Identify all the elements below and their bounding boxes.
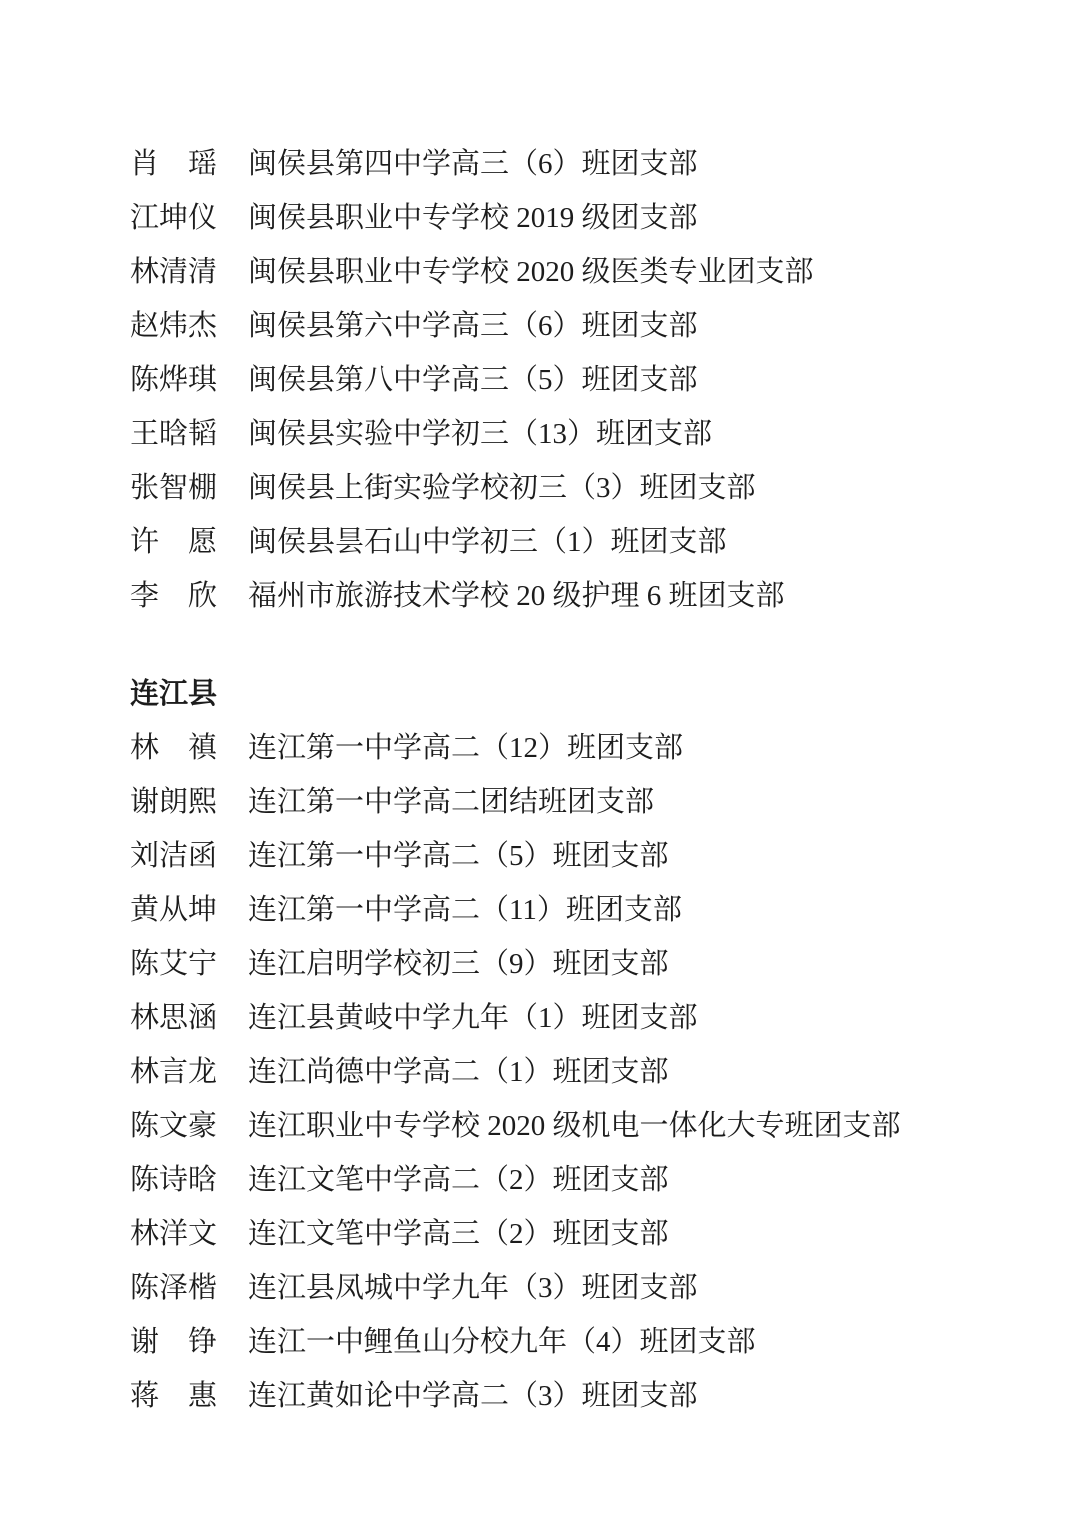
member-name: 张智棚 [130, 474, 218, 503]
member-name: 林清清 [130, 258, 218, 287]
entry-row: 黄从坤连江第一中学高二（11）班团支部 [130, 883, 1020, 937]
branch-affiliation: 闽侯县职业中专学校 2020 级医类专业团支部 [248, 258, 814, 287]
branch-affiliation: 闽侯县昙石山中学初三（1）班团支部 [248, 528, 727, 557]
branch-affiliation: 连江第一中学高二团结班团支部 [248, 788, 654, 817]
entry-row: 林 禛连江第一中学高二（12）班团支部 [130, 721, 1020, 775]
member-name: 林言龙 [130, 1058, 218, 1087]
entry-row: 林洋文连江文笔中学高三（2）班团支部 [130, 1207, 1020, 1261]
member-name: 陈文豪 [130, 1112, 218, 1141]
branch-affiliation: 连江启明学校初三（9）班团支部 [248, 950, 669, 979]
entry-row: 许 愿闽侯县昙石山中学初三（1）班团支部 [130, 515, 1020, 569]
branch-affiliation: 连江县凤城中学九年（3）班团支部 [248, 1274, 698, 1303]
entry-row: 李 欣福州市旅游技术学校 20 级护理 6 班团支部 [130, 569, 1020, 623]
branch-affiliation: 连江第一中学高二（12）班团支部 [248, 734, 683, 763]
member-name: 黄从坤 [130, 896, 218, 925]
member-name: 肖 瑶 [130, 150, 218, 179]
member-name: 林洋文 [130, 1220, 218, 1249]
branch-affiliation: 福州市旅游技术学校 20 级护理 6 班团支部 [248, 582, 785, 611]
member-name: 林思涵 [130, 1004, 218, 1033]
branch-affiliation: 闽侯县第四中学高三（6）班团支部 [248, 150, 698, 179]
entry-row: 林言龙连江尚德中学高二（1）班团支部 [130, 1045, 1020, 1099]
entry-row: 张智棚闽侯县上街实验学校初三（3）班团支部 [130, 461, 1020, 515]
member-name: 谢朗熙 [130, 788, 218, 817]
entry-row: 谢 铮连江一中鲤鱼山分校九年（4）班团支部 [130, 1315, 1020, 1369]
branch-affiliation: 闽侯县第八中学高三（5）班团支部 [248, 366, 698, 395]
entry-row: 陈泽楷连江县凤城中学九年（3）班团支部 [130, 1261, 1020, 1315]
branch-affiliation: 连江尚德中学高二（1）班团支部 [248, 1058, 669, 1087]
member-name: 谢 铮 [130, 1328, 218, 1357]
entry-row: 赵炜杰闽侯县第六中学高三（6）班团支部 [130, 299, 1020, 353]
branch-affiliation: 连江县黄岐中学九年（1）班团支部 [248, 1004, 698, 1033]
section-spacer [130, 623, 1020, 667]
entry-row: 谢朗熙连江第一中学高二团结班团支部 [130, 775, 1020, 829]
entry-row: 陈诗晗连江文笔中学高二（2）班团支部 [130, 1153, 1020, 1207]
section-header: 连江县 [130, 680, 217, 709]
member-name: 许 愿 [130, 528, 218, 557]
branch-affiliation: 闽侯县实验中学初三（13）班团支部 [248, 420, 712, 449]
member-name: 王晗韬 [130, 420, 218, 449]
entry-row: 江坤仪闽侯县职业中专学校 2019 级团支部 [130, 191, 1020, 245]
entry-row: 刘洁函连江第一中学高二（5）班团支部 [130, 829, 1020, 883]
member-name: 李 欣 [130, 582, 218, 611]
member-name: 陈艾宁 [130, 950, 218, 979]
entry-row: 林清清闽侯县职业中专学校 2020 级医类专业团支部 [130, 245, 1020, 299]
branch-affiliation: 连江文笔中学高三（2）班团支部 [248, 1220, 669, 1249]
entry-row: 陈烨琪闽侯县第八中学高三（5）班团支部 [130, 353, 1020, 407]
branch-affiliation: 连江职业中专学校 2020 级机电一体化大专班团支部 [248, 1112, 901, 1141]
member-name: 林 禛 [130, 734, 218, 763]
branch-affiliation: 连江第一中学高二（5）班团支部 [248, 842, 669, 871]
entry-row: 王晗韬闽侯县实验中学初三（13）班团支部 [130, 407, 1020, 461]
member-name: 陈诗晗 [130, 1166, 218, 1195]
entry-row: 蒋 惠连江黄如论中学高二（3）班团支部 [130, 1369, 1020, 1423]
entry-row: 肖 瑶闽侯县第四中学高三（6）班团支部 [130, 137, 1020, 191]
branch-affiliation: 连江文笔中学高二（2）班团支部 [248, 1166, 669, 1195]
member-name: 蒋 惠 [130, 1382, 218, 1411]
section-header-row: 连江县 [130, 667, 1020, 721]
member-name: 赵炜杰 [130, 312, 218, 341]
branch-affiliation: 连江黄如论中学高二（3）班团支部 [248, 1382, 698, 1411]
entry-row: 陈艾宁连江启明学校初三（9）班团支部 [130, 937, 1020, 991]
document-page: 肖 瑶闽侯县第四中学高三（6）班团支部江坤仪闽侯县职业中专学校 2019 级团支… [0, 0, 1080, 1527]
entry-row: 陈文豪连江职业中专学校 2020 级机电一体化大专班团支部 [130, 1099, 1020, 1153]
branch-affiliation: 闽侯县第六中学高三（6）班团支部 [248, 312, 698, 341]
branch-affiliation: 闽侯县职业中专学校 2019 级团支部 [248, 204, 698, 233]
branch-affiliation: 连江第一中学高二（11）班团支部 [248, 896, 682, 925]
document-body: 肖 瑶闽侯县第四中学高三（6）班团支部江坤仪闽侯县职业中专学校 2019 级团支… [130, 137, 1020, 1423]
member-name: 江坤仪 [130, 204, 218, 233]
entry-row: 林思涵连江县黄岐中学九年（1）班团支部 [130, 991, 1020, 1045]
member-name: 陈泽楷 [130, 1274, 218, 1303]
branch-affiliation: 闽侯县上街实验学校初三（3）班团支部 [248, 474, 756, 503]
member-name: 刘洁函 [130, 842, 218, 871]
member-name: 陈烨琪 [130, 366, 218, 395]
branch-affiliation: 连江一中鲤鱼山分校九年（4）班团支部 [248, 1328, 756, 1357]
